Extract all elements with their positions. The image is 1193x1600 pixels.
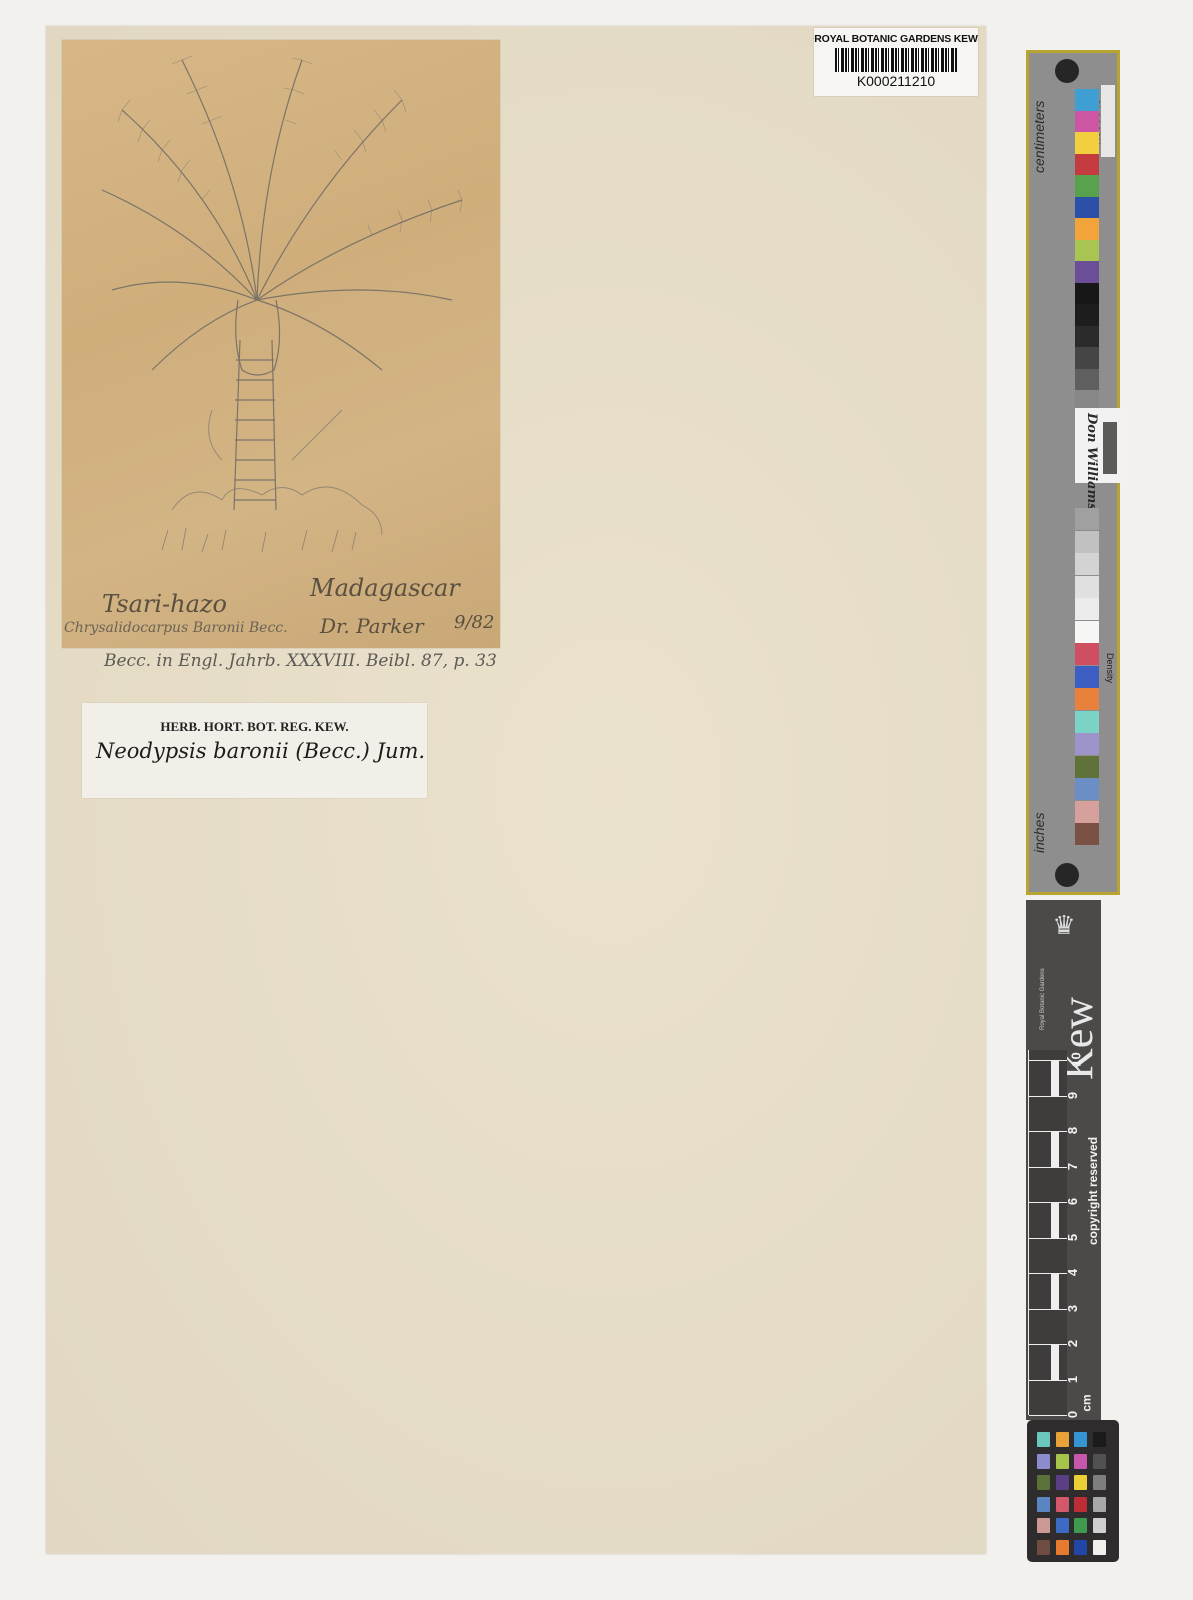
scale-tick xyxy=(1029,1380,1067,1381)
cm-unit-label: cm xyxy=(1080,1394,1094,1411)
scale-tick xyxy=(1029,1167,1067,1168)
resolution-target xyxy=(1075,408,1123,483)
locality: Madagascar xyxy=(310,574,460,602)
scale-tick xyxy=(1029,1202,1067,1203)
scale-tick xyxy=(1029,1060,1067,1061)
color-swatch xyxy=(1075,733,1099,755)
checker-patch xyxy=(1074,1518,1087,1533)
color-swatch xyxy=(1075,111,1099,133)
cm-scale xyxy=(1028,1050,1067,1415)
scale-number: 0 xyxy=(1065,1411,1080,1418)
color-swatch xyxy=(1075,508,1099,530)
scale-number: 8 xyxy=(1065,1127,1080,1134)
color-calibration-ruler: centimeters inches M000648 Don Williams … xyxy=(1026,50,1120,895)
checker-patch xyxy=(1056,1432,1069,1447)
checker-patch xyxy=(1074,1454,1087,1469)
scale-number: 3 xyxy=(1065,1304,1080,1311)
scale-segment xyxy=(1051,1273,1059,1309)
color-swatch xyxy=(1075,132,1099,154)
kew-logo-subtext: Royal Botanic Gardens xyxy=(1040,968,1046,1030)
checker-patch xyxy=(1056,1454,1069,1469)
checker-patch xyxy=(1093,1518,1106,1533)
checker-patch xyxy=(1037,1432,1050,1447)
checker-patch xyxy=(1056,1497,1069,1512)
color-swatch xyxy=(1075,347,1099,369)
checker-patch xyxy=(1037,1540,1050,1555)
checker-patch xyxy=(1074,1432,1087,1447)
color-swatch xyxy=(1075,175,1099,197)
color-swatch xyxy=(1075,801,1099,823)
ruler-brand: Don Williams xyxy=(1084,413,1099,511)
ruler-id-sticker: M000648 xyxy=(1101,85,1115,157)
scale-tick xyxy=(1029,1344,1067,1345)
color-swatch xyxy=(1075,369,1099,391)
collection-date: 9/82 xyxy=(454,612,494,633)
color-swatch xyxy=(1075,304,1099,326)
scale-number: 5 xyxy=(1065,1233,1080,1240)
scale-number: 9 xyxy=(1065,1091,1080,1098)
original-name: Chrysalidocarpus Baronii Becc. xyxy=(64,620,288,636)
color-swatch xyxy=(1075,778,1099,800)
color-swatch xyxy=(1075,261,1099,283)
checker-patch xyxy=(1037,1497,1050,1512)
scale-number: 1 xyxy=(1065,1375,1080,1382)
checker-patch xyxy=(1037,1454,1050,1469)
scale-segment xyxy=(1051,1131,1059,1167)
scale-tick xyxy=(1029,1096,1067,1097)
scale-number: 2 xyxy=(1065,1340,1080,1347)
color-swatch xyxy=(1075,711,1099,733)
checker-patch xyxy=(1074,1497,1087,1512)
kew-scale-bar: ♛ Royal Botanic Gardens Kew 012345678910… xyxy=(1026,900,1101,1420)
color-swatch xyxy=(1075,531,1099,553)
scale-number: 7 xyxy=(1065,1162,1080,1169)
barcode-number: K000211210 xyxy=(814,73,978,89)
checker-patch xyxy=(1093,1497,1106,1512)
checker-patch xyxy=(1093,1454,1106,1469)
color-swatch xyxy=(1075,197,1099,219)
color-swatch xyxy=(1075,240,1099,262)
copyright-notice: copyright reserved xyxy=(1086,1137,1100,1245)
scale-tick xyxy=(1029,1415,1067,1416)
checker-patch xyxy=(1093,1432,1106,1447)
scale-tick xyxy=(1029,1131,1067,1132)
scale-tick xyxy=(1029,1309,1067,1310)
collector: Dr. Parker xyxy=(320,614,424,638)
color-swatch xyxy=(1075,553,1099,575)
determination: Neodypsis baronii (Becc.) Jum. xyxy=(96,739,425,763)
scale-segment xyxy=(1051,1202,1059,1238)
color-swatch xyxy=(1075,621,1099,643)
checker-patch xyxy=(1093,1540,1106,1555)
registration-dot-top xyxy=(1055,59,1079,83)
density-label: Density xyxy=(1105,653,1115,683)
herbarium-label: HERB. HORT. BOT. REG. KEW. Neodypsis bar… xyxy=(82,703,427,798)
centimeters-label: centimeters xyxy=(1031,101,1047,173)
color-swatch xyxy=(1075,666,1099,688)
color-swatch xyxy=(1075,218,1099,240)
checker-patch xyxy=(1037,1518,1050,1533)
barcode-label: ROYAL BOTANIC GARDENS KEW K000211210 xyxy=(814,28,978,96)
color-swatch xyxy=(1075,643,1099,665)
color-swatch xyxy=(1075,598,1099,620)
color-swatch xyxy=(1075,326,1099,348)
color-swatch xyxy=(1075,89,1099,111)
color-checker-card xyxy=(1027,1420,1119,1562)
scale-tick xyxy=(1029,1238,1067,1239)
inches-label: inches xyxy=(1031,813,1047,853)
scale-number: 6 xyxy=(1065,1198,1080,1205)
palm-tree-sketch xyxy=(62,40,500,648)
herbarium-label-title: HERB. HORT. BOT. REG. KEW. xyxy=(82,719,427,735)
vernacular-name: Tsari-hazo xyxy=(102,590,227,618)
scale-number: 10 xyxy=(1069,1052,1084,1066)
color-swatch xyxy=(1075,283,1099,305)
color-swatch xyxy=(1075,576,1099,598)
checker-patch xyxy=(1074,1540,1087,1555)
color-swatch xyxy=(1075,823,1099,845)
barcode xyxy=(835,48,957,72)
palm-drawing: Tsari-hazo Madagascar Chrysalidocarpus B… xyxy=(62,40,500,648)
scale-tick xyxy=(1029,1273,1067,1274)
reference-note: Becc. in Engl. Jahrb. XXXVIII. Beibl. 87… xyxy=(104,651,497,671)
checker-patch xyxy=(1056,1475,1069,1490)
scale-number: 4 xyxy=(1065,1269,1080,1276)
checker-patch xyxy=(1037,1475,1050,1490)
royal-crest-icon: ♛ xyxy=(1050,910,1078,944)
institution-name: ROYAL BOTANIC GARDENS KEW xyxy=(814,33,978,45)
scale-segment xyxy=(1051,1060,1059,1096)
color-swatch xyxy=(1075,756,1099,778)
checker-patch xyxy=(1056,1518,1069,1533)
checker-patch xyxy=(1093,1475,1106,1490)
color-swatch xyxy=(1075,688,1099,710)
scale-segment xyxy=(1051,1344,1059,1380)
color-swatch xyxy=(1075,154,1099,176)
checker-patch xyxy=(1056,1540,1069,1555)
registration-dot-bottom xyxy=(1055,863,1079,887)
checker-patch xyxy=(1074,1475,1087,1490)
